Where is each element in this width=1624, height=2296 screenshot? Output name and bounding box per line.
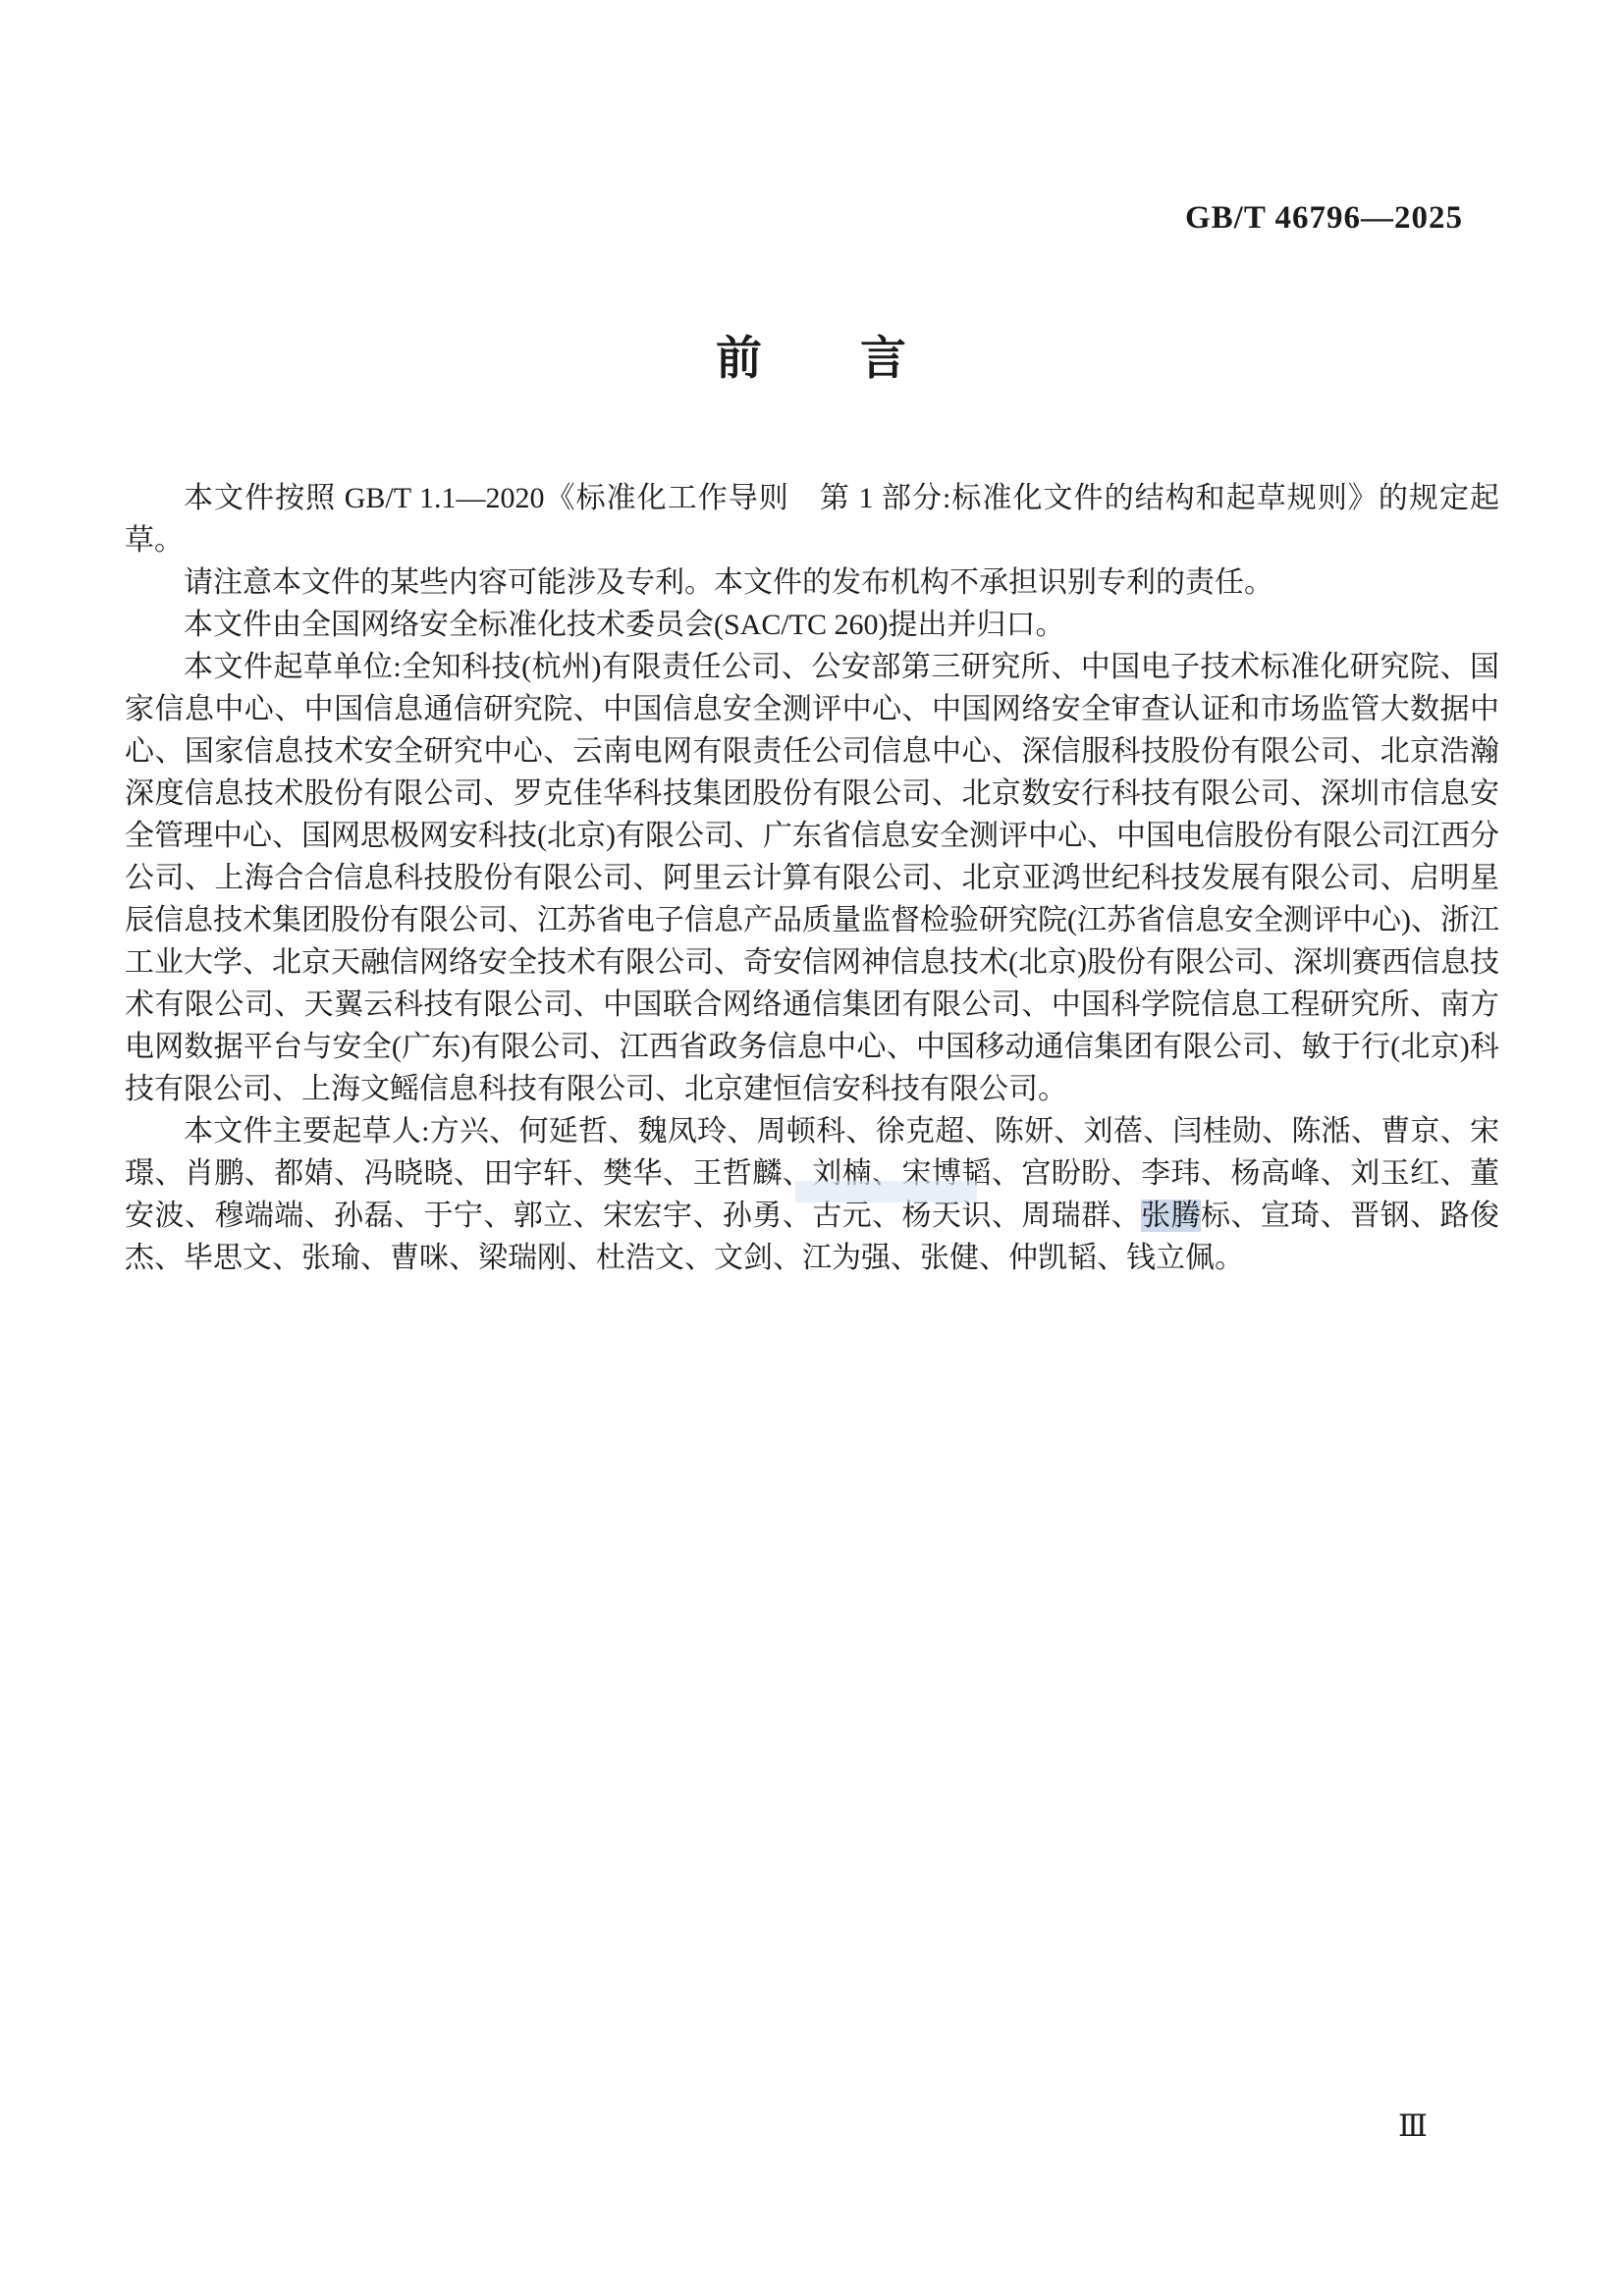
foreword-paragraph: 本文件按照 GB/T 1.1—2020《标准化工作导则 第 1 部分:标准化文件…: [125, 477, 1499, 561]
foreword-body: 本文件按照 GB/T 1.1—2020《标准化工作导则 第 1 部分:标准化文件…: [125, 477, 1499, 1279]
foreword-paragraph: 本文件由全国网络安全标准化技术委员会(SAC/TC 260)提出并归口。: [125, 604, 1499, 646]
foreword-paragraph: 请注意本文件的某些内容可能涉及专利。本文件的发布机构不承担识别专利的责任。: [125, 561, 1499, 604]
document-page: GB/T 46796—2025 前 言 本文件按照 GB/T 1.1—2020《…: [0, 0, 1624, 2296]
text-highlight: 张腾: [1141, 1200, 1201, 1232]
foreword-paragraph: 本文件主要起草人:方兴、何延哲、魏凤玲、周顿科、徐克超、陈妍、刘蓓、闫桂勋、陈湉…: [125, 1110, 1499, 1279]
standard-number: GB/T 46796—2025: [1185, 200, 1463, 237]
foreword-paragraph: 本文件起草单位:全知科技(杭州)有限责任公司、公安部第三研究所、中国电子技术标准…: [125, 646, 1499, 1110]
page-number: Ⅲ: [1398, 2109, 1428, 2144]
foreword-title: 前 言: [0, 322, 1624, 388]
